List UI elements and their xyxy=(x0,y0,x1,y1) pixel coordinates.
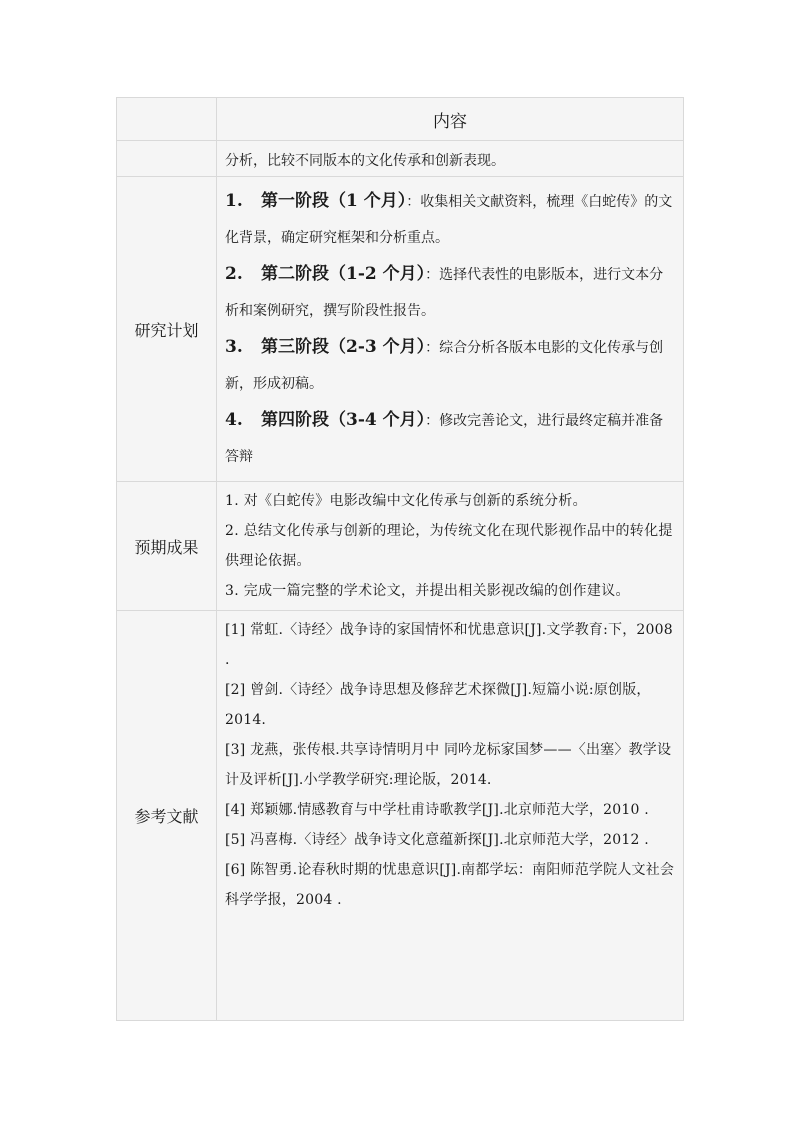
reference-item: [5] 冯喜梅.〈诗经〉战争诗文化意蕴新探[J].北京师范大学，2012 . xyxy=(225,825,675,855)
plan-item-number: 4. xyxy=(225,402,261,438)
plan-item-phase: 第四阶段（3-4 个月） xyxy=(261,410,425,430)
table-header-row: 内容 xyxy=(117,98,684,141)
reference-item: [6] 陈智勇.论春秋时期的忧患意识[J].南都学坛：南阳师范学院人文社会科学学… xyxy=(225,855,675,915)
result-item: 1. 对《白蛇传》电影改编中文化传承与创新的系统分析。 xyxy=(225,486,675,516)
plan-item-number: 2. xyxy=(225,256,261,292)
continuation-text: 分析，比较不同版本的文化传承和创新表现。 xyxy=(217,141,684,177)
plan-item: 2.第二阶段（1-2 个月）：选择代表性的电影版本，进行文本分析和案例研究，撰写… xyxy=(225,256,675,329)
expected-results-content: 1. 对《白蛇传》电影改编中文化传承与创新的系统分析。 2. 总结文化传承与创新… xyxy=(217,482,684,611)
continuation-label-cell xyxy=(117,141,217,177)
result-item: 2. 总结文化传承与创新的理论，为传统文化在现代影视作品中的转化提供理论依据。 xyxy=(225,516,675,576)
plan-item-number: 1. xyxy=(225,183,261,219)
plan-item-phase: 第三阶段（2-3 个月） xyxy=(261,337,425,357)
reference-item: [1] 常虹.〈诗经〉战争诗的家国情怀和忧患意识[J].文学教育:下，2008 … xyxy=(225,615,675,675)
header-title-cell: 内容 xyxy=(217,98,684,141)
header-label-cell xyxy=(117,98,217,141)
expected-results-label: 预期成果 xyxy=(117,482,217,611)
research-plan-row: 研究计划 1.第一阶段（1 个月）：收集相关文献资料，梳理《白蛇传》的文化背景，… xyxy=(117,177,684,482)
plan-item: 4.第四阶段（3-4 个月）：修改完善论文，进行最终定稿并准备答辩 xyxy=(225,402,675,475)
reference-item: [3] 龙燕，张传根.共享诗情明月中 同吟龙标家国梦——〈出塞〉教学设计及评析[… xyxy=(225,735,675,795)
research-plan-content: 1.第一阶段（1 个月）：收集相关文献资料，梳理《白蛇传》的文化背景，确定研究框… xyxy=(217,177,684,482)
plan-item-phase: 第二阶段（1-2 个月） xyxy=(261,264,425,284)
plan-item-number: 3. xyxy=(225,329,261,365)
continuation-row: 分析，比较不同版本的文化传承和创新表现。 xyxy=(117,141,684,177)
proposal-table: 内容 分析，比较不同版本的文化传承和创新表现。 研究计划 1.第一阶段（1 个月… xyxy=(116,97,684,1021)
research-plan-label: 研究计划 xyxy=(117,177,217,482)
plan-item: 3.第三阶段（2-3 个月）：综合分析各版本电影的文化传承与创新，形成初稿。 xyxy=(225,329,675,402)
reference-item: [2] 曾剑.〈诗经〉战争诗思想及修辞艺术探微[J].短篇小说:原创版，2014… xyxy=(225,675,675,735)
references-row: 参考文献 [1] 常虹.〈诗经〉战争诗的家国情怀和忧患意识[J].文学教育:下，… xyxy=(117,611,684,1021)
plan-item: 1.第一阶段（1 个月）：收集相关文献资料，梳理《白蛇传》的文化背景，确定研究框… xyxy=(225,183,675,256)
expected-results-row: 预期成果 1. 对《白蛇传》电影改编中文化传承与创新的系统分析。 2. 总结文化… xyxy=(117,482,684,611)
plan-item-phase: 第一阶段（1 个月） xyxy=(261,191,406,211)
reference-item: [4] 郑颖娜.情感教育与中学杜甫诗歌教学[J].北京师范大学，2010 . xyxy=(225,795,675,825)
result-item: 3. 完成一篇完整的学术论文，并提出相关影视改编的创作建议。 xyxy=(225,576,675,606)
references-content: [1] 常虹.〈诗经〉战争诗的家国情怀和忧患意识[J].文学教育:下，2008 … xyxy=(217,611,684,1021)
references-label: 参考文献 xyxy=(117,611,217,1021)
